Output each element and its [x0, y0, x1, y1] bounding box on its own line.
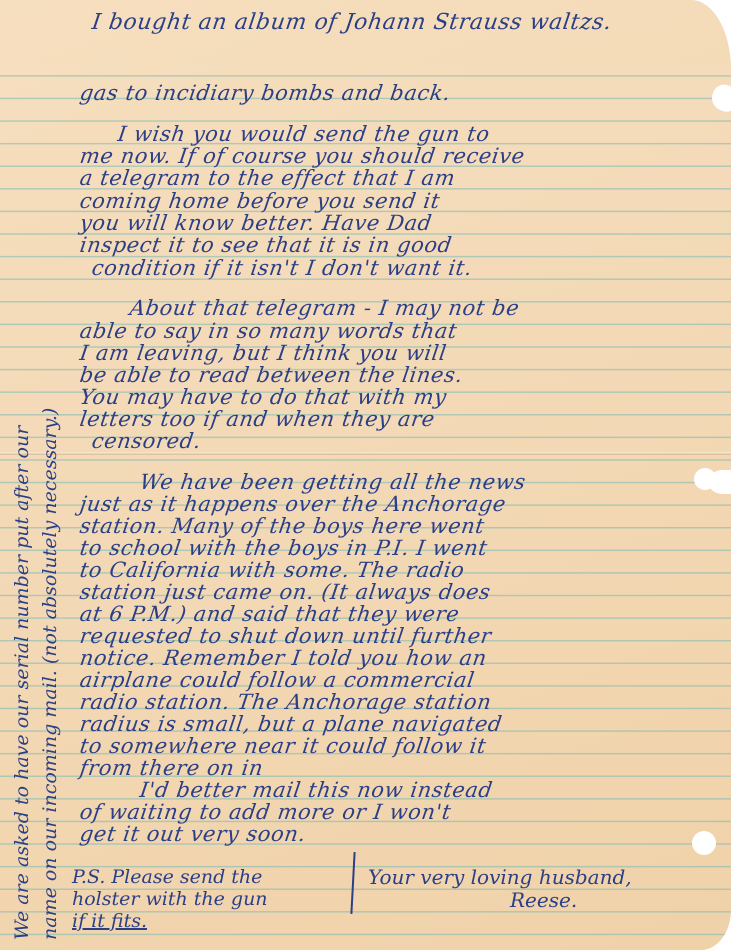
text-line: I am leaving, but I think you will — [78, 341, 448, 365]
text-line: get it out very soon. — [78, 822, 307, 846]
margin-note: We are asked to have our serial number p… — [8, 408, 64, 940]
text-line: station. Many of the boys here went — [78, 514, 486, 538]
text-line: inspect it to see that it is in good — [78, 233, 453, 257]
text-line: gas to incidiary bombs and back. — [78, 81, 452, 105]
text-line: station just came on. (It always does — [78, 580, 492, 604]
text-line: a telegram to the effect that I am — [78, 166, 457, 190]
text-line: just as it happens over the Anchorage — [78, 492, 507, 516]
postscript-line: if it fits. — [72, 910, 268, 932]
margin-note-line: We are asked to have our serial number p… — [8, 408, 36, 940]
margin-note-line: name on our incoming mail. (not absolute… — [36, 408, 64, 940]
closing: Your very loving husband, Reese. — [368, 866, 632, 912]
text-line: be able to read between the lines. — [78, 363, 464, 387]
text-line: condition if it isn't I don't want it. — [90, 256, 474, 280]
text-line: notice. Remember I told you how an — [78, 646, 488, 670]
punch-hole — [692, 831, 716, 855]
postscript: P.S. Please send the holster with the gu… — [72, 866, 268, 932]
text-line: requested to shut down until further — [78, 624, 493, 648]
text-line: at 6 P.M.) and said that they were — [78, 602, 461, 626]
text-line: You may have to do that with my — [78, 385, 448, 409]
text-line: to California with some. The radio — [78, 558, 466, 582]
text-line: I wish you would send the gun to — [116, 122, 491, 146]
valediction: Your very loving husband, — [368, 866, 632, 889]
text-line: We have been getting all the news — [138, 470, 527, 494]
text-line: to school with the boys in P.I. I went — [78, 536, 489, 560]
torn-hole — [708, 470, 731, 494]
text-line: airplane could follow a commercial — [78, 668, 476, 692]
text-line: me now. If of course you should receive — [78, 144, 526, 168]
text-line: About that telegram - I may not be — [128, 296, 521, 320]
text-line: able to say in so many words that — [78, 319, 459, 343]
text-line: radio station. The Anchorage station — [78, 690, 493, 714]
text-line: censored. — [90, 429, 202, 453]
text-line: you will know better. Have Dad — [78, 211, 433, 235]
text-line: I'd better mail this now instead — [138, 778, 494, 802]
postscript-line: holster with the gun — [72, 888, 268, 910]
text-line: letters too if and when they are — [78, 407, 436, 431]
text-line: coming home before you send it — [78, 189, 441, 213]
text-line: of waiting to add more or I won't — [78, 800, 452, 824]
text-line: to somewhere near it could follow it — [78, 734, 488, 758]
text-line: from there on in — [78, 756, 265, 780]
text-line: radius is small, but a plane navigated — [78, 712, 504, 736]
signature: Reese. — [368, 889, 632, 912]
postscript-line: P.S. Please send the — [72, 866, 268, 888]
opening-line: I bought an album of Johann Strauss walt… — [90, 10, 613, 35]
letter-page: I bought an album of Johann Strauss walt… — [0, 0, 731, 950]
